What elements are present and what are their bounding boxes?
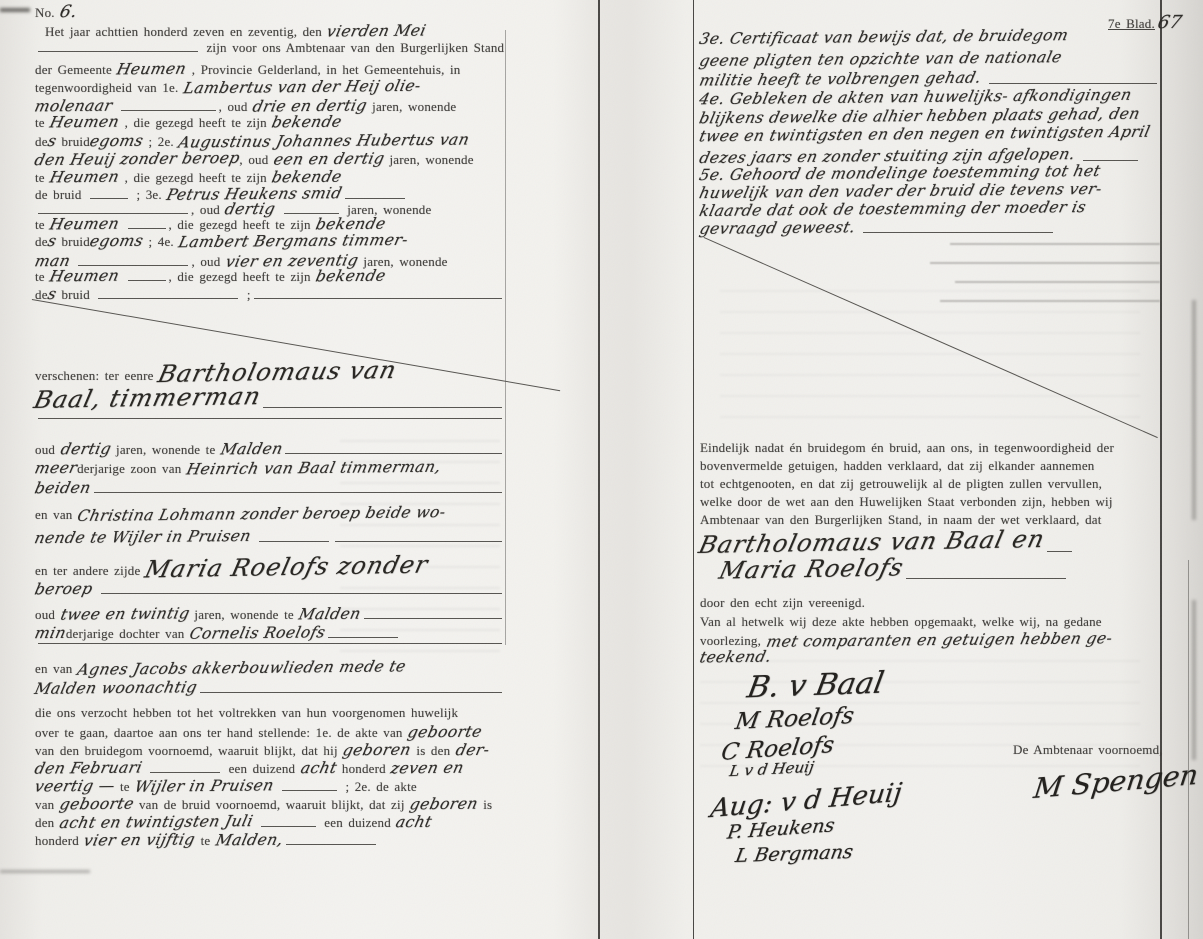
- ruled-line: [286, 844, 376, 845]
- printed-text: tegenwoordigheid van 1e.: [35, 80, 184, 96]
- printed-text: oud: [35, 607, 61, 623]
- ruled-line: [98, 298, 238, 299]
- right-page-left-border: [693, 0, 694, 939]
- text-line: den Februari een duizend acht honderd ze…: [35, 759, 505, 777]
- ruled-line: [38, 418, 502, 419]
- printed-text: , die gezegd heeft te zijn: [119, 170, 272, 186]
- text-line: gevraagd geweest.: [700, 219, 1160, 237]
- text-line: klaarde dat ook de toestemming der moede…: [700, 200, 1160, 218]
- handwritten-text: Lambert Bergmans timmer-: [177, 231, 410, 251]
- printed-text: jaren, wonende: [384, 152, 474, 168]
- handwritten-text: Malden woonachtig: [33, 678, 199, 698]
- groom-birth-line: van den bruidegom voornoemd, waaruit bli…: [35, 741, 505, 759]
- scan-smudge: [1192, 300, 1196, 520]
- printed-text: derjarige zoon van: [77, 461, 187, 477]
- handwritten-text: Cornelis Roelofs: [188, 623, 327, 642]
- handwritten-text: egoms: [88, 232, 145, 251]
- scanned-marriage-record: No. 6. 7e Blad. 67 Het jaar achttien hon…: [0, 0, 1203, 939]
- handwritten-text: Heumen: [48, 168, 121, 187]
- groom-name-line: Baal, timmerman: [35, 384, 505, 412]
- printed-text: , die gezegd heeft te zijn: [169, 269, 317, 285]
- text-line: den acht en twintigsten Juli een duizend…: [35, 813, 505, 831]
- left-page: Het jaar achttien honderd zeven en zeven…: [35, 0, 505, 939]
- ruled-line: [200, 692, 502, 693]
- text-line: teekend.: [700, 648, 1160, 666]
- handwritten-text: klaarde dat ook de toestemming der moede…: [698, 198, 1088, 220]
- printed-text: van den bruidegom voornoemd, waaruit bli…: [35, 743, 343, 759]
- right-page-right-border: [1160, 0, 1162, 939]
- handwritten-text: Maria Roelofs zonder: [142, 551, 431, 584]
- text-line: [35, 418, 505, 423]
- printed-text: ; 2e. de akte: [340, 779, 417, 795]
- witness-4-line: des bruidegoms ; 4e. Lambert Bergmans ti…: [35, 232, 505, 250]
- printed-text: Het jaar achttien honderd zeven en zeven…: [45, 24, 327, 40]
- handwritten-text: twee en twintigsten en den negen en twin…: [697, 123, 1151, 146]
- ruled-line: [121, 110, 216, 111]
- handwritten-text: Christina Lohmann zonder beroep beide wo…: [76, 503, 448, 525]
- ruled-line: [906, 578, 1066, 579]
- handwritten-text: der-: [454, 741, 491, 759]
- handwritten-text: Malden: [219, 440, 285, 459]
- printed-text: Eindelijk nadat én bruidegom én bruid, a…: [700, 440, 1114, 456]
- printed-text: die ons verzocht hebben tot het voltrekk…: [35, 705, 458, 721]
- text-line: bovenvermelde getuigen, hadden verklaard…: [700, 458, 1160, 474]
- handwritten-text: dertig: [59, 440, 113, 459]
- handwritten-text: Heumen: [48, 267, 126, 286]
- ruled-line: [94, 492, 502, 493]
- handwritten-text: veertig —: [33, 777, 122, 796]
- handwritten-text: acht: [394, 813, 434, 831]
- text-line: Ambtenaar van den Burgerlijken Stand, in…: [700, 512, 1160, 528]
- printed-text: is: [478, 797, 493, 813]
- handwritten-text: geene pligten ten opzichte van de nation…: [698, 48, 1064, 70]
- handwritten-text: gevraagd geweest.: [698, 218, 863, 238]
- bride-age-line: oud twee en twintig jaren, wonende te Ma…: [35, 605, 505, 623]
- printed-text: welke door de wet aan den Huwelijken Sta…: [700, 494, 1113, 510]
- printed-text: honderd: [336, 761, 391, 777]
- text-line: te Heumen , die gezegd heeft te zijn bek…: [35, 113, 505, 131]
- printed-text: bruid: [56, 134, 90, 150]
- text-line: door den echt zijn vereenigd.: [700, 595, 1160, 611]
- text-line: Eindelijk nadat én bruidegom én bruid, a…: [700, 440, 1160, 456]
- printed-text: verschenen: ter eenre: [35, 368, 159, 384]
- printed-text: , Provincie Gelderland, in het Gemeenteh…: [186, 62, 460, 78]
- text-line: honderd vier en vijftig te Malden,: [35, 831, 505, 849]
- printed-text: ;: [241, 287, 250, 303]
- handwritten-text: egoms: [88, 132, 145, 151]
- left-page-edge-rule: [598, 0, 600, 939]
- bride-father-line: minderjarige dochter van Cornelis Roelof…: [35, 624, 505, 642]
- printed-text: ; 4e.: [143, 234, 179, 250]
- text-line: Malden woonachtig: [35, 679, 505, 697]
- printed-text: tot echtgenooten, en dat zij getrouwelij…: [700, 476, 1102, 492]
- ruled-line: [284, 213, 339, 214]
- printed-text: en ter andere zijde: [35, 563, 146, 579]
- printed-text: van: [35, 797, 60, 813]
- handwritten-text: Wijler in Pruisen: [133, 776, 281, 796]
- printed-text: , die gezegd heeft te zijn: [169, 217, 317, 233]
- handwritten-text: Heumen: [48, 215, 126, 234]
- text-line: twee en twintigsten en den negen en twin…: [700, 125, 1160, 143]
- handwritten-text: Heumen: [48, 113, 121, 132]
- handwritten-text: meer: [33, 459, 79, 477]
- ruled-line: [285, 453, 502, 454]
- printed-text: voorlezing,: [700, 633, 767, 649]
- banns-line: 4e. Gebleken de akten van huwelijks- afk…: [700, 88, 1160, 106]
- handwritten-text: geboorte: [58, 795, 136, 814]
- ruled-line: [364, 618, 502, 619]
- printed-text: door den echt zijn vereenigd.: [700, 595, 865, 611]
- handwritten-text: min: [33, 624, 68, 642]
- handwritten-text: beiden: [33, 479, 93, 498]
- printed-text: en van: [35, 661, 78, 677]
- handwritten-text: geboren: [341, 741, 413, 760]
- signature: B. v Baal: [744, 666, 886, 706]
- text-line: beiden: [35, 479, 505, 497]
- text-line: tot echtgenooten, en dat zij getrouwelij…: [700, 476, 1160, 492]
- signature: L Bergmans: [734, 841, 855, 867]
- handwritten-text: bekende: [270, 113, 344, 132]
- printed-text: bruid: [56, 287, 95, 303]
- handwritten-text: den Heuij zonder beroep: [33, 149, 242, 169]
- printed-text: een duizend: [223, 761, 301, 777]
- printed-text: derjarige dochter van: [66, 626, 190, 642]
- ruled-line: [38, 643, 502, 644]
- text-line: voorlezing, met comparanten en getuigen …: [700, 631, 1160, 649]
- printed-text: , die gezegd heeft te zijn: [119, 115, 272, 131]
- handwritten-text: twee en twintig: [58, 604, 191, 623]
- handwritten-text: geboorte: [406, 723, 484, 742]
- ruled-line: [282, 790, 337, 791]
- militia-certificate-line: 3e. Certificaat van bewijs dat, de bruid…: [700, 28, 1160, 46]
- officiant-label: De Ambtenaar voornoemd,: [1013, 742, 1163, 758]
- text-line: huwelijk van den vader der bruid die tev…: [700, 182, 1160, 200]
- printed-text: is den: [411, 743, 456, 759]
- scan-smudge: [1192, 600, 1196, 760]
- text-line: [35, 643, 505, 648]
- witness-2-line: des bruidegoms ; 2e. Augustinus Johannes…: [35, 132, 505, 150]
- text-line: den Heuij zonder beroep, oud een en dert…: [35, 150, 505, 168]
- ruled-line: [1047, 551, 1072, 552]
- handwritten-text: vierden Mei: [325, 21, 428, 40]
- handwritten-text: 3e. Certificaat van bewijs dat, de bruid…: [698, 26, 1070, 48]
- handwritten-text: geboren: [408, 795, 480, 814]
- ruled-line: [863, 232, 1053, 233]
- printed-text: een duizend: [319, 815, 397, 831]
- outer-edge-rule: [1188, 560, 1189, 939]
- text-line: die ons verzocht hebben tot het voltrekk…: [35, 705, 505, 721]
- handwritten-text: Heumen: [115, 60, 188, 79]
- handwritten-text: den Februari: [33, 758, 149, 777]
- printed-text: jaren, wonende te: [189, 607, 299, 623]
- ruled-line: [328, 637, 398, 638]
- ruled-line: [335, 541, 502, 542]
- printed-text: over te gaan, daartoe aan ons ter hand s…: [35, 725, 408, 741]
- ruled-line: [128, 228, 166, 229]
- bride-birth-line: van geboorte van de bruid voornoemd, waa…: [35, 795, 505, 813]
- printed-text: der Gemeente: [35, 62, 117, 78]
- text-line: der Gemeente Heumen , Provincie Gelderla…: [35, 60, 505, 78]
- ruled-line: [1083, 160, 1138, 161]
- bride-mother-line: en van Agnes Jacobs akkerbouwlieden mede…: [35, 659, 505, 677]
- ruled-line: [101, 593, 502, 594]
- printed-text: bovenvermelde getuigen, hadden verklaard…: [700, 458, 1095, 474]
- handwritten-text: Lambertus van der Heij olie-: [182, 77, 423, 97]
- printed-text: zijn voor ons Ambtenaar van den Burgerli…: [201, 40, 504, 56]
- text-line: Van al hetwelk wij deze akte hebben opge…: [700, 614, 1160, 630]
- printed-text: en van: [35, 507, 78, 523]
- handwritten-text: beroep: [33, 580, 100, 599]
- handwritten-text: teekend.: [698, 648, 773, 667]
- married-bride-name: Maria Roelofs: [720, 555, 1160, 583]
- text-line: te Heumen , die gezegd heeft te zijn bek…: [35, 168, 505, 186]
- ruled-line: [38, 51, 198, 52]
- text-line: nende te Wijler in Pruisen: [35, 528, 505, 546]
- handwritten-text: zeven en: [389, 759, 466, 778]
- married-groom-name: Bartholomaus van Baal en: [700, 528, 1160, 556]
- handwritten-text: Heinrich van Baal timmerman,: [185, 458, 443, 479]
- text-line: te Heumen , die gezegd heeft te zijn bek…: [35, 215, 505, 233]
- handwritten-text: Malden: [297, 605, 363, 624]
- year-line: Het jaar achttien honderd zeven en zeven…: [45, 22, 505, 40]
- printed-text: te: [195, 833, 216, 849]
- text-line: over te gaan, daartoe aan ons ter hand s…: [35, 723, 505, 741]
- handwritten-text: Agnes Jacobs akkerbouwlieden mede te: [76, 657, 408, 678]
- handwritten-text: bekende: [314, 267, 388, 286]
- printed-text: Van al hetwelk wij deze akte hebben opge…: [700, 614, 1102, 630]
- handwritten-text: een en dertig: [272, 149, 386, 168]
- ruled-line: [90, 198, 128, 199]
- scan-smudge: [0, 8, 30, 12]
- handwritten-text: Baal, timmerman: [31, 382, 264, 414]
- printed-text: jaren, wonende te: [111, 442, 221, 458]
- ruled-line: [989, 83, 1157, 84]
- printed-text: den: [35, 815, 60, 831]
- handwritten-text: acht: [299, 759, 339, 777]
- ruled-line: [263, 407, 502, 408]
- printed-text: honderd: [35, 833, 84, 849]
- printed-text: , oud: [239, 152, 273, 168]
- handwritten-text: acht en twintigsten Juli: [58, 812, 260, 832]
- handwritten-text: militie heeft te volbrengen gehad.: [698, 69, 989, 90]
- ruled-line: [254, 298, 502, 299]
- text-line: geene pligten ten opzichte van de nation…: [700, 50, 1160, 68]
- printed-text: van de bruid voornoemd, waaruit blijkt, …: [134, 797, 411, 813]
- ruled-line: [150, 772, 220, 773]
- printed-text: oud: [35, 442, 61, 458]
- text-line: veertig — te Wijler in Pruisen ; 2e. de …: [35, 777, 505, 795]
- ruled-line: [259, 541, 329, 542]
- text-line: zijn voor ons Ambtenaar van den Burgerli…: [35, 40, 505, 56]
- printed-text: bruid: [56, 234, 90, 250]
- ruled-line: [78, 265, 188, 266]
- sheet-number-note: 67: [1156, 12, 1184, 33]
- ruled-line: [261, 826, 316, 827]
- ruled-line: [128, 280, 166, 281]
- groom-father-line: meerderjarige zoon van Heinrich van Baal…: [35, 459, 505, 477]
- groom-age-line: oud dertig jaren, wonende te Malden: [35, 440, 505, 458]
- text-line: welke door de wet aan den Huwelijken Sta…: [700, 494, 1160, 510]
- groom-name-line: verschenen: ter eenre Bartholomaus van: [35, 358, 505, 386]
- witness-1-line: tegenwoordigheid van 1e. Lambertus van d…: [35, 78, 505, 96]
- left-page-margin-rule: [505, 30, 506, 645]
- ruled-line: [345, 198, 405, 199]
- handwritten-text: nende te Wijler in Pruisen: [33, 527, 258, 547]
- bride-name-line: en ter andere zijde Maria Roelofs zonder: [35, 553, 505, 581]
- handwritten-text: Maria Roelofs: [716, 553, 906, 584]
- handwritten-text: vier en vijftig: [82, 830, 197, 849]
- text-line: beroep: [35, 580, 505, 598]
- handwritten-text: Malden,: [214, 831, 285, 850]
- text-line: des bruid ;: [35, 285, 505, 303]
- printed-text: ; 2e.: [143, 134, 179, 150]
- text-line: te Heumen , die gezegd heeft te zijn bek…: [35, 267, 505, 285]
- groom-mother-line: en van Christina Lohmann zonder beroep b…: [35, 505, 505, 523]
